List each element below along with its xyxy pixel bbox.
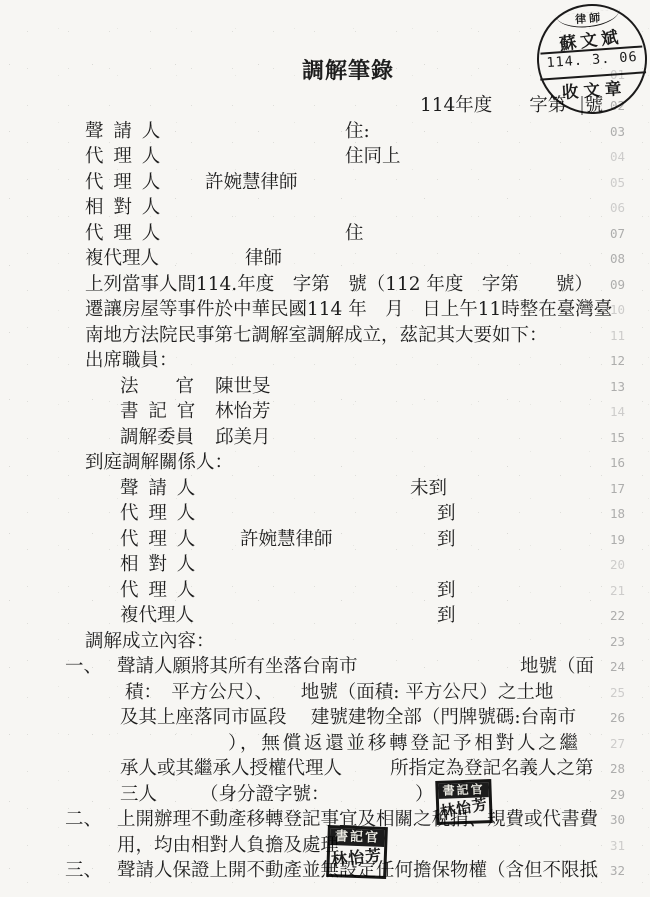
attendee-row-agent: 代 理 人 到 [0,501,650,527]
margin-line-number: 03 [610,119,644,145]
mediation-record-page: 律師 蘇文斌 114. 3. 06 收文章 調解筆錄 01 114年度 字第 號… [0,0,650,897]
margin-line-number: 30 [610,807,644,833]
staff-role: 法 官 [120,374,194,400]
attendance-status: 到 [437,578,456,604]
party-label: 複代理人 [85,246,159,272]
item1-line2: 積： 平方公尺）、 地號（面積: 平方公尺）之土地 [0,680,650,706]
intro-text: 南地方法院民事第七調解室調解成立，茲記其大要如下： [85,323,548,349]
margin-line-number: 22 [610,603,644,629]
attendee-label: 代 理 人 [120,578,195,604]
margin-line-number: 19 [610,527,644,553]
item1-text-right: 地號（面 [520,654,594,680]
item1-close-paren: ） [415,782,434,808]
margin-line-number: 13 [610,374,644,400]
party-row-sub-agent: 複代理人 律師 [0,246,650,272]
attendee-name: 許婉慧律師 [240,527,333,553]
attendance-status: 到 [437,527,456,553]
staff-row-mediator: 調解委員 邱美月 [0,425,650,451]
item1-text: 聲請人願將其所有坐落台南市 [117,654,358,680]
item1-text-right: 所指定為登記名義人之第 [390,756,594,782]
item2-line2: 用，均由相對人負擔及處理 [0,833,650,859]
attendee-label: 聲 請 人 [120,476,195,502]
attendance-status: 到 [437,501,456,527]
staff-heading: 出席職員： [85,348,178,374]
item2-marker: 二、 [65,807,102,833]
party-row-agent: 代 理 人 住同上 [0,144,650,170]
margin-line-number: 31 [610,833,644,859]
margin-line-number: 21 [610,578,644,604]
item1-line1: 一、 聲請人願將其所有坐落台南市 地號（面 [0,654,650,680]
item2-text: 用，均由相對人負擔及處理 [117,833,339,859]
item1-id-label: （身分證字號： [200,782,330,808]
clerk-seal-stamp: 書記官 林怡芳 [326,825,388,879]
item3-line1: 三、 聲請人保證上開不動產並無設定任何擔保物權（含但不限抵 [0,858,650,884]
attendees-heading-row: 到庭調解關係人： [0,450,650,476]
item2-line1: 二、 上開辦理不動產移轉登記事宜及相關之稅捐、規費或代書費 [0,807,650,833]
party-row-agent2: 代 理 人 住 [0,221,650,247]
attendee-row-sub-agent: 複代理人 到 [0,603,650,629]
margin-line-number: 18 [610,501,644,527]
party-label: 相 對 人 [85,195,160,221]
margin-line-number: 32 [610,858,644,884]
intro-line: 遷讓房屋等事件於中華民國114 年 月 日上午11時整在臺灣臺 [0,297,650,323]
margin-line-number: 27 [610,731,644,757]
attendee-row-agent2: 代 理 人 到 [0,578,650,604]
intro-text: 遷讓房屋等事件於中華民國114 年 月 日上午11時整在臺灣臺 [85,297,612,323]
item1-marker: 一、 [65,654,102,680]
staff-row-clerk: 書 記 官 林怡芳 [0,399,650,425]
intro-line: 上列當事人間114.年度 字第 號（112 年度 字第 號） [0,272,650,298]
content-heading-row: 調解成立內容： [0,629,650,655]
attendee-row-claimant: 聲 請 人 未到 [0,476,650,502]
margin-line-number: 26 [610,705,644,731]
intro-text: 上列當事人間114.年度 字第 號（112 年度 字第 號） [85,272,593,298]
item1-text: 三人 [120,782,157,808]
margin-line-number: 05 [610,170,644,196]
staff-role: 書 記 官 [120,399,195,425]
margin-line-number: 23 [610,629,644,655]
attendee-label: 相 對 人 [120,552,195,578]
attendance-status: 未到 [410,476,447,502]
party-label: 代 理 人 [85,170,160,196]
margin-line-number: 15 [610,425,644,451]
item1-line4: ），無償返還並移轉登記予相對人之繼 [0,731,650,757]
item3-marker: 三、 [65,858,102,884]
attendees-heading: 到庭調解關係人： [85,450,233,476]
staff-name: 林怡芳 [215,399,271,425]
document-title: 調解筆錄 [302,58,394,84]
margin-line-number: 11 [610,323,644,349]
party-name: 許婉慧律師 [205,170,298,196]
item1-text: 及其上座落同市區段 建號建物全部（門牌號碼:台南市 [120,705,576,731]
party-label: 聲 請 人 [85,119,160,145]
margin-line-number: 20 [610,552,644,578]
margin-line-number: 09 [610,272,644,298]
party-name: 律師 [245,246,282,272]
clerk-seal-name: 林怡芳 [329,843,385,873]
margin-line-number: 24 [610,654,644,680]
party-address: 住 [345,221,364,247]
margin-line-number: 04 [610,144,644,170]
attendance-status: 到 [437,603,456,629]
item1-text: 承人或其繼承人授權代理人 [120,756,342,782]
staff-name: 邱美月 [215,425,271,451]
attendee-label: 代 理 人 [120,527,195,553]
item1-line6: 三人 （身分證字號： ） [0,782,650,808]
margin-line-number: 10 [610,297,644,323]
party-label: 代 理 人 [85,221,160,247]
party-address: 住同上 [345,144,401,170]
item1-text: ），無償返還並移轉登記予相對人之繼 [228,731,581,757]
party-row-agent-lawyer: 代 理 人 許婉慧律師 [0,170,650,196]
item1-line3: 及其上座落同市區段 建號建物全部（門牌號碼:台南市 [0,705,650,731]
party-label: 代 理 人 [85,144,160,170]
item1-text: 積： 平方公尺）、 地號（面積: 平方公尺）之土地 [125,680,553,706]
margin-line-number: 06 [610,195,644,221]
party-row-claimant: 聲 請 人 住: [0,119,650,145]
content-heading: 調解成立內容： [85,629,215,655]
margin-line-number: 12 [610,348,644,374]
staff-heading-row: 出席職員： [0,348,650,374]
attendee-label: 複代理人 [120,603,194,629]
attendee-row-agent-lawyer: 代 理 人 許婉慧律師 到 [0,527,650,553]
party-address: 住: [345,119,370,145]
margin-line-number: 16 [610,450,644,476]
item1-line5: 承人或其繼承人授權代理人 所指定為登記名義人之第 [0,756,650,782]
attendee-row-respondent: 相 對 人 [0,552,650,578]
staff-name: 陳世旻 [215,374,271,400]
clerk-seal-stamp: 書記官 林怡芳 [435,779,493,825]
margin-line-number: 28 [610,756,644,782]
intro-line: 南地方法院民事第七調解室調解成立，茲記其大要如下： [0,323,650,349]
margin-line-number: 29 [610,782,644,808]
staff-role: 調解委員 [120,425,194,451]
margin-line-number: 17 [610,476,644,502]
margin-line-number: 08 [610,246,644,272]
attendee-label: 代 理 人 [120,501,195,527]
party-row-respondent: 相 對 人 [0,195,650,221]
margin-line-number: 14 [610,399,644,425]
margin-line-number: 07 [610,221,644,247]
staff-row-judge: 法 官 陳世旻 [0,374,650,400]
margin-line-number: 25 [610,680,644,706]
